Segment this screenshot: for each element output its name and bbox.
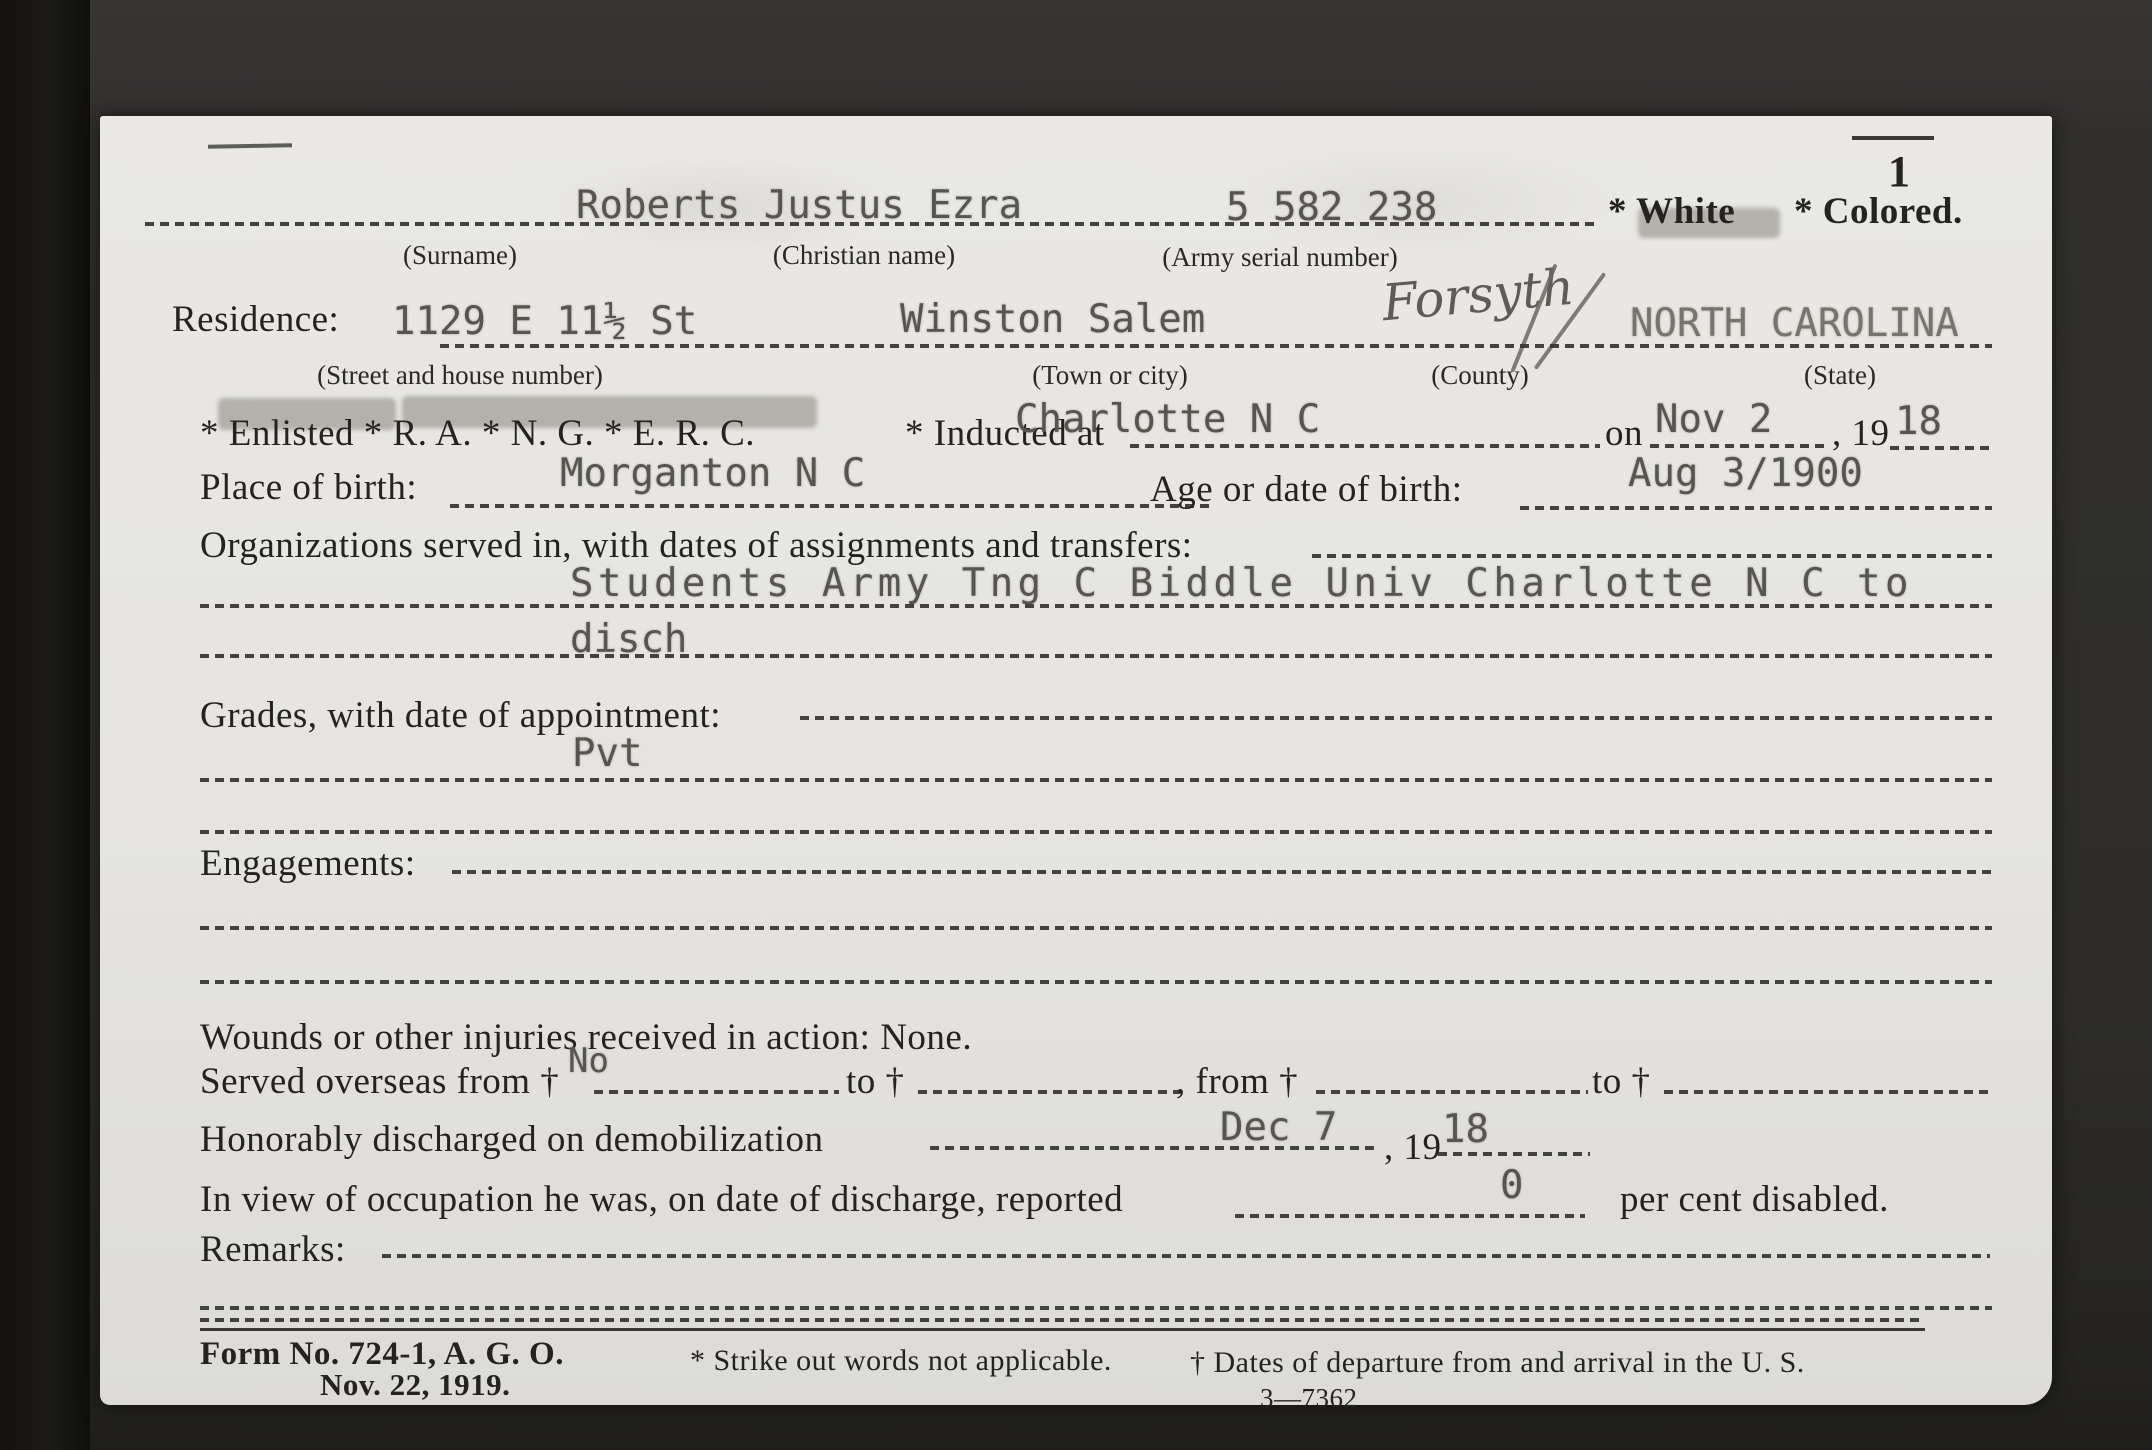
organizations-dotted-rule [1312,554,1992,558]
on-label: on [1605,414,1643,455]
typed-discharge-date: Dec 7 [1220,1108,1337,1147]
engagements-label: Engagements: [200,844,416,885]
footer-separator-dashed-rule [200,1318,1925,1322]
discharge-year-prefix: , 19 [1384,1128,1442,1169]
typed-state: NORTH CAROLINA [1630,304,1959,343]
typed-induction-place: Charlotte N C [1015,400,1320,439]
grades-line2-dotted-rule [200,778,1992,782]
engagements-line2-dotted-rule [200,926,1992,930]
engagements-dotted-rule [452,870,1992,874]
engagements-line3-dotted-rule [200,980,1992,984]
disability-label: In view of occupation he was, on date of… [200,1180,1123,1221]
year-prefix: , 19 [1832,414,1890,455]
typed-discharge-year: 18 [1442,1110,1489,1149]
typed-grade: Pvt [572,734,642,773]
pencil-dash-mark [208,143,292,148]
discharge-label: Honorably discharged on demobilization [200,1120,824,1161]
departure-note: † Dates of departure from and arrival in… [1190,1346,1805,1379]
typed-induction-date: Nov 2 [1655,400,1772,439]
scanned-document-background: 1 Roberts Justus Ezra 5 582 238 * White … [0,0,2152,1450]
overseas-to2-label: to † [1592,1062,1651,1103]
percent-disabled-label: per cent disabled. [1620,1180,1889,1221]
handwritten-county: Forsyth [1380,258,1576,333]
birth-date-dotted-rule [1520,506,1992,510]
typed-town: Winston Salem [900,300,1205,339]
typed-soldier-name: Roberts Justus Ezra [576,186,1022,225]
typed-disability-percent: 0 [1500,1166,1523,1205]
disability-dotted-rule [1235,1214,1585,1218]
state-label: (State) [1804,360,1876,391]
remarks-label: Remarks: [200,1230,346,1271]
county-label: (County) [1431,360,1529,391]
place-of-birth-label: Place of birth: [200,468,417,509]
induction-date-dotted-rule [1650,444,1825,448]
remarks-dotted-rule [382,1254,1990,1258]
residence-label: Residence: [172,300,339,341]
induction-year-dotted-rule [1890,446,1995,450]
grades-line3-dotted-rule [200,830,1992,834]
organizations-line2-dotted-rule [200,654,1992,658]
age-label: Age or date of birth: [1150,470,1463,511]
birth-place-dotted-rule [450,504,1210,508]
scan-left-border [0,0,90,1450]
typed-birth-place: Morganton N C [560,454,865,493]
typed-birth-date: Aug 3/1900 [1628,454,1863,493]
service-record-card: 1 Roberts Justus Ezra 5 582 238 * White … [100,116,2052,1405]
overseas-to-dotted-rule [918,1090,1180,1094]
print-code: 3—7362 [1260,1384,1358,1414]
overseas-to-label: to † [846,1062,905,1103]
typed-overseas-from: No [568,1044,609,1078]
overseas-from2-dotted-rule [1316,1090,1588,1094]
town-label: (Town or city) [1032,360,1188,391]
served-overseas-label: Served overseas from † [200,1062,559,1103]
organizations-line1-dotted-rule [200,604,1992,608]
enlistment-options-text: * Enlisted * R. A. * N. G. * E. R. C. [200,414,755,455]
typed-organizations-line1: Students Army Tng C Biddle Univ Charlott… [570,564,1913,603]
footer-separator-solid-rule [200,1328,1925,1331]
christian-name-label: (Christian name) [773,240,955,271]
overseas-from-dotted-rule [594,1090,839,1094]
overseas-from2-label: , from † [1176,1062,1298,1103]
page-number-overline [1852,136,1934,140]
page-number: 1 [1888,148,1911,196]
grades-dotted-rule [800,716,1992,720]
typed-induction-year: 18 [1895,402,1942,441]
race-option-white: * White [1608,192,1735,233]
typed-street-address: 1129 E 11½ St [392,302,697,341]
induction-place-dotted-rule [1130,444,1600,448]
remarks-line2-dotted-rule [200,1306,1992,1310]
strike-note: * Strike out words not applicable. [690,1344,1112,1377]
residence-dotted-rule [440,344,1992,348]
street-label: (Street and house number) [317,360,603,391]
surname-label: (Surname) [403,240,517,271]
name-dotted-rule [145,222,1597,226]
race-option-colored: * Colored. [1794,192,1963,233]
discharge-year-dotted-rule [1438,1152,1590,1156]
grades-label: Grades, with date of appointment: [200,696,721,737]
form-date: Nov. 22, 1919. [320,1368,510,1402]
serial-number-label: (Army serial number) [1162,242,1397,273]
overseas-to2-dotted-rule [1664,1090,1990,1094]
